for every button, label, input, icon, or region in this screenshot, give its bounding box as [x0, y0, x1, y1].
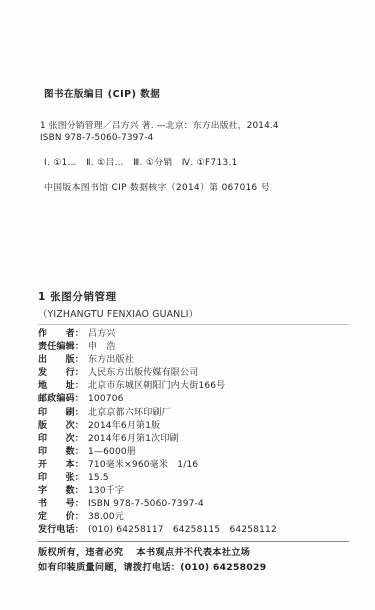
- row-print-run: 印 数：1—6000册: [38, 446, 349, 459]
- footer-notices: 版权所有，违者必究 本书观点并不代表本社立场 如有印装质量问题，请拨打电话：(0…: [38, 545, 349, 575]
- row-editor: 责任编辑：申 浩: [38, 341, 349, 354]
- row-price-label: 定 价：: [38, 511, 88, 524]
- colophon-block: 1 张图分销管理 （YIZHANGTU FENXIAO GUANLI） 作 者：…: [38, 289, 349, 575]
- copyright-notice: 版权所有，违者必究 本书观点并不代表本社立场: [38, 545, 349, 560]
- row-print-run-label: 印 数：: [38, 446, 88, 459]
- row-sales-phone: 发行电话：(010) 64258117 64258115 64258112: [38, 524, 349, 537]
- row-sheets: 印 张：15.5: [38, 472, 349, 485]
- row-printer-label: 印 刷：: [38, 407, 88, 420]
- row-publisher-label: 出 版：: [38, 354, 88, 367]
- row-printer-value: 北京京都六环印刷厂: [88, 407, 349, 420]
- row-isbn: 书 号：ISBN 978-7-5060-7397-4: [38, 498, 349, 511]
- row-edition: 版 次：2014年6月第1版: [38, 420, 349, 433]
- cip-isbn-line: ISBN 978-7-5060-7397-4: [40, 132, 347, 144]
- book-title-pinyin: （YIZHANGTU FENXIAO GUANLI）: [38, 306, 349, 320]
- row-author: 作 者：吕方兴: [38, 328, 349, 341]
- row-sheets-label: 印 张：: [38, 472, 88, 485]
- row-publisher-value: 东方出版社: [88, 354, 349, 367]
- row-editor-value: 申 浩: [88, 341, 349, 354]
- row-impression-value: 2014年6月第1次印刷: [88, 433, 349, 446]
- row-author-label: 作 者：: [38, 328, 88, 341]
- row-format: 开 本：710毫米×960毫米 1/16: [38, 459, 349, 472]
- row-postcode-value: 100706: [88, 393, 349, 406]
- row-distributor: 发 行：人民东方出版传媒有限公司: [38, 367, 349, 380]
- row-format-label: 开 本：: [38, 459, 88, 472]
- book-copyright-page: 图书在版编目 (CIP) 数据 1 张图分销管理／吕方兴 著. —北京：东方出版…: [0, 0, 375, 610]
- row-word-count-value: 130千字: [88, 485, 349, 498]
- row-price: 定 价：38.00元: [38, 511, 349, 524]
- cip-classification-line: Ⅰ. ①1… Ⅱ. ①吕… Ⅲ. ①分销 Ⅳ. ①F713.1: [40, 155, 347, 168]
- row-address-value: 北京市东城区朝阳门内大街166号: [88, 380, 349, 393]
- divider-above-copyright: [38, 541, 349, 542]
- row-postcode: 邮政编码：100706: [38, 393, 349, 406]
- row-impression-label: 印 次：: [38, 433, 88, 446]
- row-isbn-value: ISBN 978-7-5060-7397-4: [88, 498, 349, 511]
- row-edition-label: 版 次：: [38, 420, 88, 433]
- cip-record-number-line: 中国版本图书馆 CIP 数据核字（2014）第 067016 号: [40, 180, 347, 193]
- row-word-count: 字 数：130千字: [38, 485, 349, 498]
- row-address: 地 址：北京市东城区朝阳门内大街166号: [38, 380, 349, 393]
- row-author-value: 吕方兴: [88, 328, 349, 341]
- colophon-rows: 作 者：吕方兴 责任编辑：申 浩 出 版：东方出版社 发 行：人民东方出版传媒有…: [38, 328, 349, 538]
- row-sales-phone-value: (010) 64258117 64258115 64258112: [88, 524, 349, 537]
- row-editor-label: 责任编辑：: [38, 341, 88, 354]
- row-distributor-value: 人民东方出版传媒有限公司: [88, 367, 349, 380]
- cip-heading: 图书在版编目 (CIP) 数据: [40, 86, 347, 100]
- book-title: 1 张图分销管理: [38, 289, 349, 304]
- cip-entry-line: 1 张图分销管理／吕方兴 著. —北京：东方出版社，2014.4: [40, 120, 347, 132]
- row-publisher: 出 版：东方出版社: [38, 354, 349, 367]
- row-distributor-label: 发 行：: [38, 367, 88, 380]
- row-format-value: 710毫米×960毫米 1/16: [88, 459, 349, 472]
- row-impression: 印 次：2014年6月第1次印刷: [38, 433, 349, 446]
- divider-under-pinyin: [38, 324, 349, 325]
- row-print-run-value: 1—6000册: [88, 446, 349, 459]
- row-printer: 印 刷：北京京都六环印刷厂: [38, 407, 349, 420]
- row-sheets-value: 15.5: [88, 472, 349, 485]
- row-edition-value: 2014年6月第1版: [88, 420, 349, 433]
- print-quality-notice: 如有印装质量问题，请拨打电话：(010) 64258029: [38, 560, 349, 575]
- cip-block: 图书在版编目 (CIP) 数据 1 张图分销管理／吕方兴 著. —北京：东方出版…: [40, 86, 347, 193]
- row-address-label: 地 址：: [38, 380, 88, 393]
- row-sales-phone-label: 发行电话：: [38, 524, 88, 537]
- row-postcode-label: 邮政编码：: [38, 393, 88, 406]
- row-isbn-label: 书 号：: [38, 498, 88, 511]
- row-price-value: 38.00元: [88, 511, 349, 524]
- row-word-count-label: 字 数：: [38, 485, 88, 498]
